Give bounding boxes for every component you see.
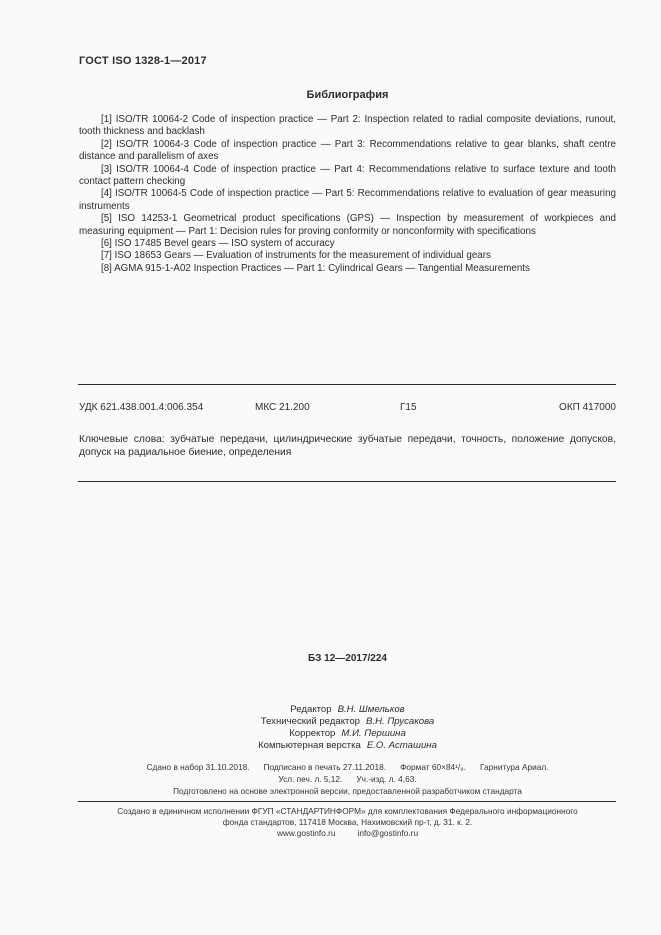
keywords-paragraph: Ключевые слова: зубчатые передачи, цилин…	[79, 433, 616, 459]
bibliography-list: [1] ISO/TR 10064-2 Code of inspection pr…	[79, 114, 616, 275]
doc-number-header: ГОСТ ISO 1328-1—2017	[79, 55, 616, 67]
bibliography-entry: [7] ISO 18653 Gears — Evaluation of inst…	[79, 250, 616, 262]
editor-name: В.Н. Шмельков	[338, 704, 405, 715]
bibliography-entry: [1] ISO/TR 10064-2 Code of inspection pr…	[79, 114, 616, 139]
colophon-block: Сдано в набор 31.10.2018.Подписано в печ…	[79, 761, 616, 797]
okp-code: ОКП 417000	[559, 402, 616, 413]
publisher-line-2: фонда стандартов, 117418 Москва, Нахимов…	[79, 817, 616, 828]
publisher-line-1: Создано в единичном исполнении ФГУП «СТА…	[79, 806, 616, 817]
divider-footer	[78, 801, 616, 802]
classification-row: УДК 621.438.001.4:006.354 МКС 21.200 Г15…	[79, 402, 616, 416]
editor-role: Редактор	[290, 704, 331, 715]
colophon-print-sheets: Усл. печ. л. 5,12.	[278, 773, 342, 785]
mks-code: МКС 21.200	[255, 402, 310, 413]
issue-code: БЗ 12—2017/224	[79, 653, 616, 664]
editor-name: М.И. Першина	[341, 728, 405, 739]
publisher-website: www.gostinfo.ru	[277, 828, 336, 838]
bibliography-entry: [2] ISO/TR 10064-3 Code of inspection pr…	[79, 139, 616, 164]
editor-name: В.Н. Прусакова	[366, 716, 434, 727]
editors-block: РедакторВ.Н. Шмельков Технический редакт…	[79, 704, 616, 752]
colophon-line-1: Сдано в набор 31.10.2018.Подписано в печ…	[79, 761, 616, 773]
editor-role: Корректор	[289, 728, 335, 739]
colophon-line-3: Подготовлено на основе электронной верси…	[79, 785, 616, 797]
editor-row: Технический редакторВ.Н. Прусакова	[79, 716, 616, 728]
bibliography-entry: [5] ISO 14253-1 Geometrical product spec…	[79, 213, 616, 238]
udk-code: УДК 621.438.001.4:006.354	[79, 402, 203, 413]
colophon-line-2: Усл. печ. л. 5,12.Уч.-изд. л. 4,63.	[79, 773, 616, 785]
bibliography-entry: [6] ISO 17485 Bevel gears — ISO system o…	[79, 238, 616, 250]
bibliography-entry: [3] ISO/TR 10064-4 Code of inspection pr…	[79, 164, 616, 189]
colophon-print-date: Подписано в печать 27.11.2018.	[264, 761, 387, 773]
divider-bottom	[78, 481, 616, 482]
bibliography-title: Библиография	[79, 89, 616, 101]
bibliography-entry: [8] AGMA 915-1-A02 Inspection Practices …	[79, 263, 616, 275]
document-page: ГОСТ ISO 1328-1—2017 Библиография [1] IS…	[0, 0, 661, 935]
editor-role: Компьютерная верстка	[258, 740, 361, 751]
editor-row: Компьютерная версткаЕ.О. Асташина	[79, 740, 616, 752]
colophon-format: Формат 60×84¹/₈.	[400, 761, 466, 773]
editor-row: КорректорМ.И. Першина	[79, 728, 616, 740]
colophon-typeface: Гарнитура Ариал.	[480, 761, 549, 773]
publisher-email: info@gostinfo.ru	[358, 828, 419, 838]
publisher-contacts: www.gostinfo.ruinfo@gostinfo.ru	[79, 828, 616, 839]
editor-role: Технический редактор	[261, 716, 360, 727]
group-code: Г15	[400, 402, 417, 413]
publisher-footer: Создано в единичном исполнении ФГУП «СТА…	[79, 806, 616, 839]
editor-name: Е.О. Асташина	[367, 740, 437, 751]
editor-row: РедакторВ.Н. Шмельков	[79, 704, 616, 716]
colophon-typeset-date: Сдано в набор 31.10.2018.	[147, 761, 250, 773]
bibliography-entry: [4] ISO/TR 10064-5 Code of inspection pr…	[79, 188, 616, 213]
divider-top	[78, 384, 616, 385]
colophon-pub-sheets: Уч.-изд. л. 4,63.	[356, 773, 416, 785]
